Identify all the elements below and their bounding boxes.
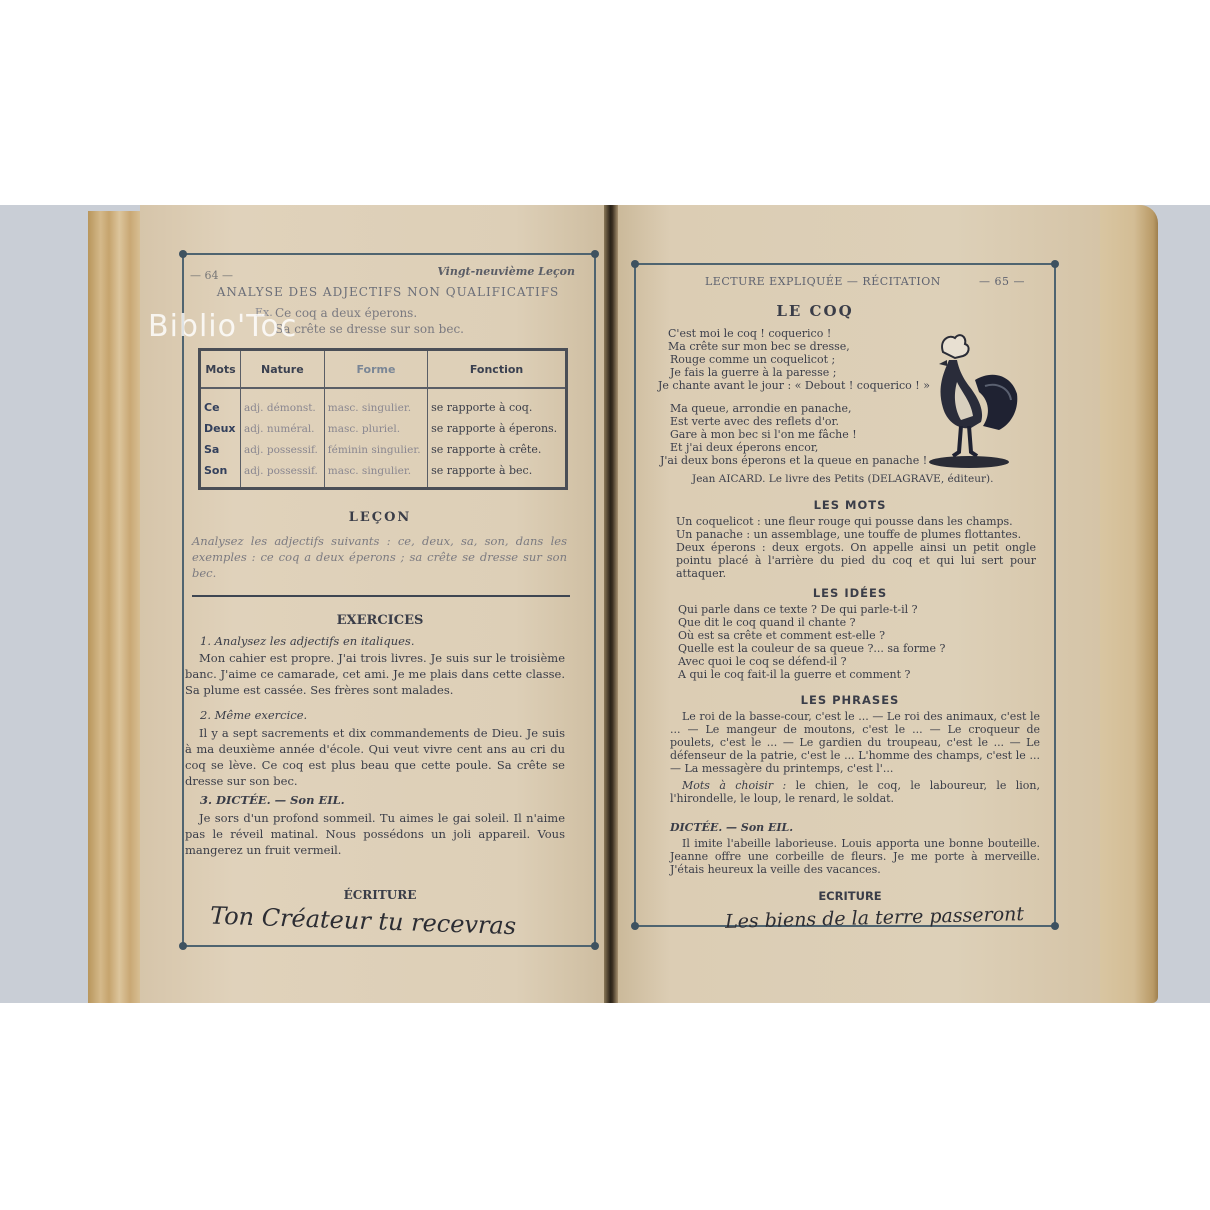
poem-line: Je chante avant le jour : « Debout ! coq… <box>658 379 930 392</box>
exercise-3-text: Je sors d'un profond sommeil. Tu aimes l… <box>185 810 565 858</box>
column-header: Fonction <box>428 350 567 389</box>
cell-forme: masc. singulier. <box>324 460 427 489</box>
lesson-header: Vingt-neuvième Leçon <box>437 265 575 278</box>
exercise-2-instruction: 2. Même exercice. <box>200 707 570 723</box>
rooster-illustration <box>925 330 1020 475</box>
lecon-text: Analysez les adjectifs suivants : ce, de… <box>192 533 567 581</box>
cell-nature: adj. démonst. <box>240 388 324 418</box>
words-to-choose-label: Mots à choisir : <box>682 779 786 792</box>
ecriture-title: ÉCRITURE <box>190 887 570 903</box>
watermark: Biblio'Toc <box>148 309 297 344</box>
question-item: Avec quoi le coq se défend-il ? <box>678 655 1038 668</box>
column-header: Mots <box>200 350 241 389</box>
definition-item: Un coquelicot : une fleur rouge qui pous… <box>676 515 1036 528</box>
cell-nature: adj. possessif. <box>240 439 324 460</box>
words-to-choose: Mots à choisir : le chien, le coq, le la… <box>670 779 1040 805</box>
poem-title: LE COQ <box>700 303 930 319</box>
les-phrases-text: Le roi de la basse-cour, c'est le ... — … <box>670 710 1040 775</box>
exercise-1-instruction: 1. Analysez les adjectifs en italiques. <box>200 633 570 649</box>
running-header: LECTURE EXPLIQUÉE — RÉCITATION <box>705 275 941 288</box>
poem-line: Et j'ai deux éperons encor, <box>670 441 927 454</box>
les-idees-title: LES IDÉES <box>700 585 1000 601</box>
definition-item: Deux éperons : deux ergots. On appelle a… <box>662 541 1036 580</box>
cell-mot: Ce <box>200 388 241 418</box>
exercise-3-instruction: 3. DICTÉE. — Son EIL. <box>200 792 570 808</box>
question-item: Qui parle dans ce texte ? De qui parle-t… <box>678 603 1038 616</box>
column-header: Nature <box>240 350 324 389</box>
question-item: Quelle est la couleur de sa queue ?... s… <box>678 642 1038 655</box>
les-mots-list: Un coquelicot : une fleur rouge qui pous… <box>676 515 1036 580</box>
example-block: Ex. Ce coq a deux éperons. Sa crête se d… <box>275 305 464 337</box>
page-number: — 65 — <box>979 275 1025 288</box>
poem-line: J'ai deux bons éperons et la queue en pa… <box>660 454 927 467</box>
cell-fonction: se rapporte à crête. <box>428 439 567 460</box>
cell-nature: adj. numéral. <box>240 418 324 439</box>
cell-forme: masc. pluriel. <box>324 418 427 439</box>
table-row: Ce adj. démonst. masc. singulier. se rap… <box>200 388 567 418</box>
chapter-title: ANALYSE DES ADJECTIFS NON QUALIFICATIFS <box>198 285 578 299</box>
poem-stanza-2: Ma queue, arrondie en panache, Est verte… <box>670 402 927 467</box>
book-gutter <box>604 205 618 1003</box>
example-line: Sa crête se dresse sur son bec. <box>275 321 464 337</box>
adjective-analysis-table: Mots Nature Forme Fonction Ce adj. démon… <box>198 348 568 490</box>
les-phrases-title: LES PHRASES <box>700 692 1000 708</box>
book-page-edges-right <box>1098 205 1158 1003</box>
cell-fonction: se rapporte à bec. <box>428 460 567 489</box>
poem-line: Je fais la guerre à la paresse ; <box>668 366 930 379</box>
cell-mot: Son <box>200 460 241 489</box>
table-row: Deux adj. numéral. masc. pluriel. se rap… <box>200 418 567 439</box>
book-photo: Biblio'Toc — 64 — Vingt-neuvième Leçon A… <box>0 205 1210 1003</box>
cell-nature: adj. possessif. <box>240 460 324 489</box>
les-idees-list: Qui parle dans ce texte ? De qui parle-t… <box>678 603 1038 681</box>
exercise-2-text: Il y a sept sacrements et dix commandeme… <box>185 725 565 789</box>
exercise-1-text: Mon cahier est propre. J'ai trois livres… <box>185 650 565 698</box>
question-item: A qui le coq fait-il la guerre et commen… <box>678 668 1038 681</box>
cell-mot: Deux <box>200 418 241 439</box>
question-item: Où est sa crête et comment est-elle ? <box>678 629 1038 642</box>
les-mots-title: LES MOTS <box>700 497 1000 513</box>
cell-fonction: se rapporte à éperons. <box>428 418 567 439</box>
table-row: Sa adj. possessif. féminin singulier. se… <box>200 439 567 460</box>
poem-stanza-1: C'est moi le coq ! coquerico ! Ma crête … <box>668 327 930 392</box>
section-divider <box>192 595 570 597</box>
page-number: — 64 — <box>190 269 233 282</box>
right-page-header: LECTURE EXPLIQUÉE — RÉCITATION — 65 — <box>705 275 1025 288</box>
column-header: Forme <box>324 350 427 389</box>
poem-line: Rouge comme un coquelicot ; <box>668 353 930 366</box>
question-item: Que dit le coq quand il chante ? <box>678 616 1038 629</box>
table-row: Son adj. possessif. masc. singulier. se … <box>200 460 567 489</box>
exercices-title: EXERCICES <box>190 613 570 629</box>
ecriture-title: ECRITURE <box>700 888 1000 904</box>
poem-line: Ma queue, arrondie en panache, <box>670 402 927 415</box>
poem-line: Est verte avec des reflets d'or. <box>670 415 927 428</box>
poem-line: Ma crête sur mon bec se dresse, <box>668 340 930 353</box>
poem-line: C'est moi le coq ! coquerico ! <box>668 327 930 340</box>
example-line: Ce coq a deux éperons. <box>275 305 464 321</box>
cell-fonction: se rapporte à coq. <box>428 388 567 418</box>
cell-forme: masc. singulier. <box>324 388 427 418</box>
lecon-title: LEÇON <box>190 510 570 526</box>
poem-line: Gare à mon bec si l'on me fâche ! <box>670 428 927 441</box>
cell-mot: Sa <box>200 439 241 460</box>
dictee-text: Il imite l'abeille laborieuse. Louis app… <box>670 837 1040 876</box>
dictee-title: DICTÉE. — Son EIL. <box>670 820 1040 836</box>
definition-item: Un panache : un assemblage, une touffe d… <box>676 528 1036 541</box>
cell-forme: féminin singulier. <box>324 439 427 460</box>
